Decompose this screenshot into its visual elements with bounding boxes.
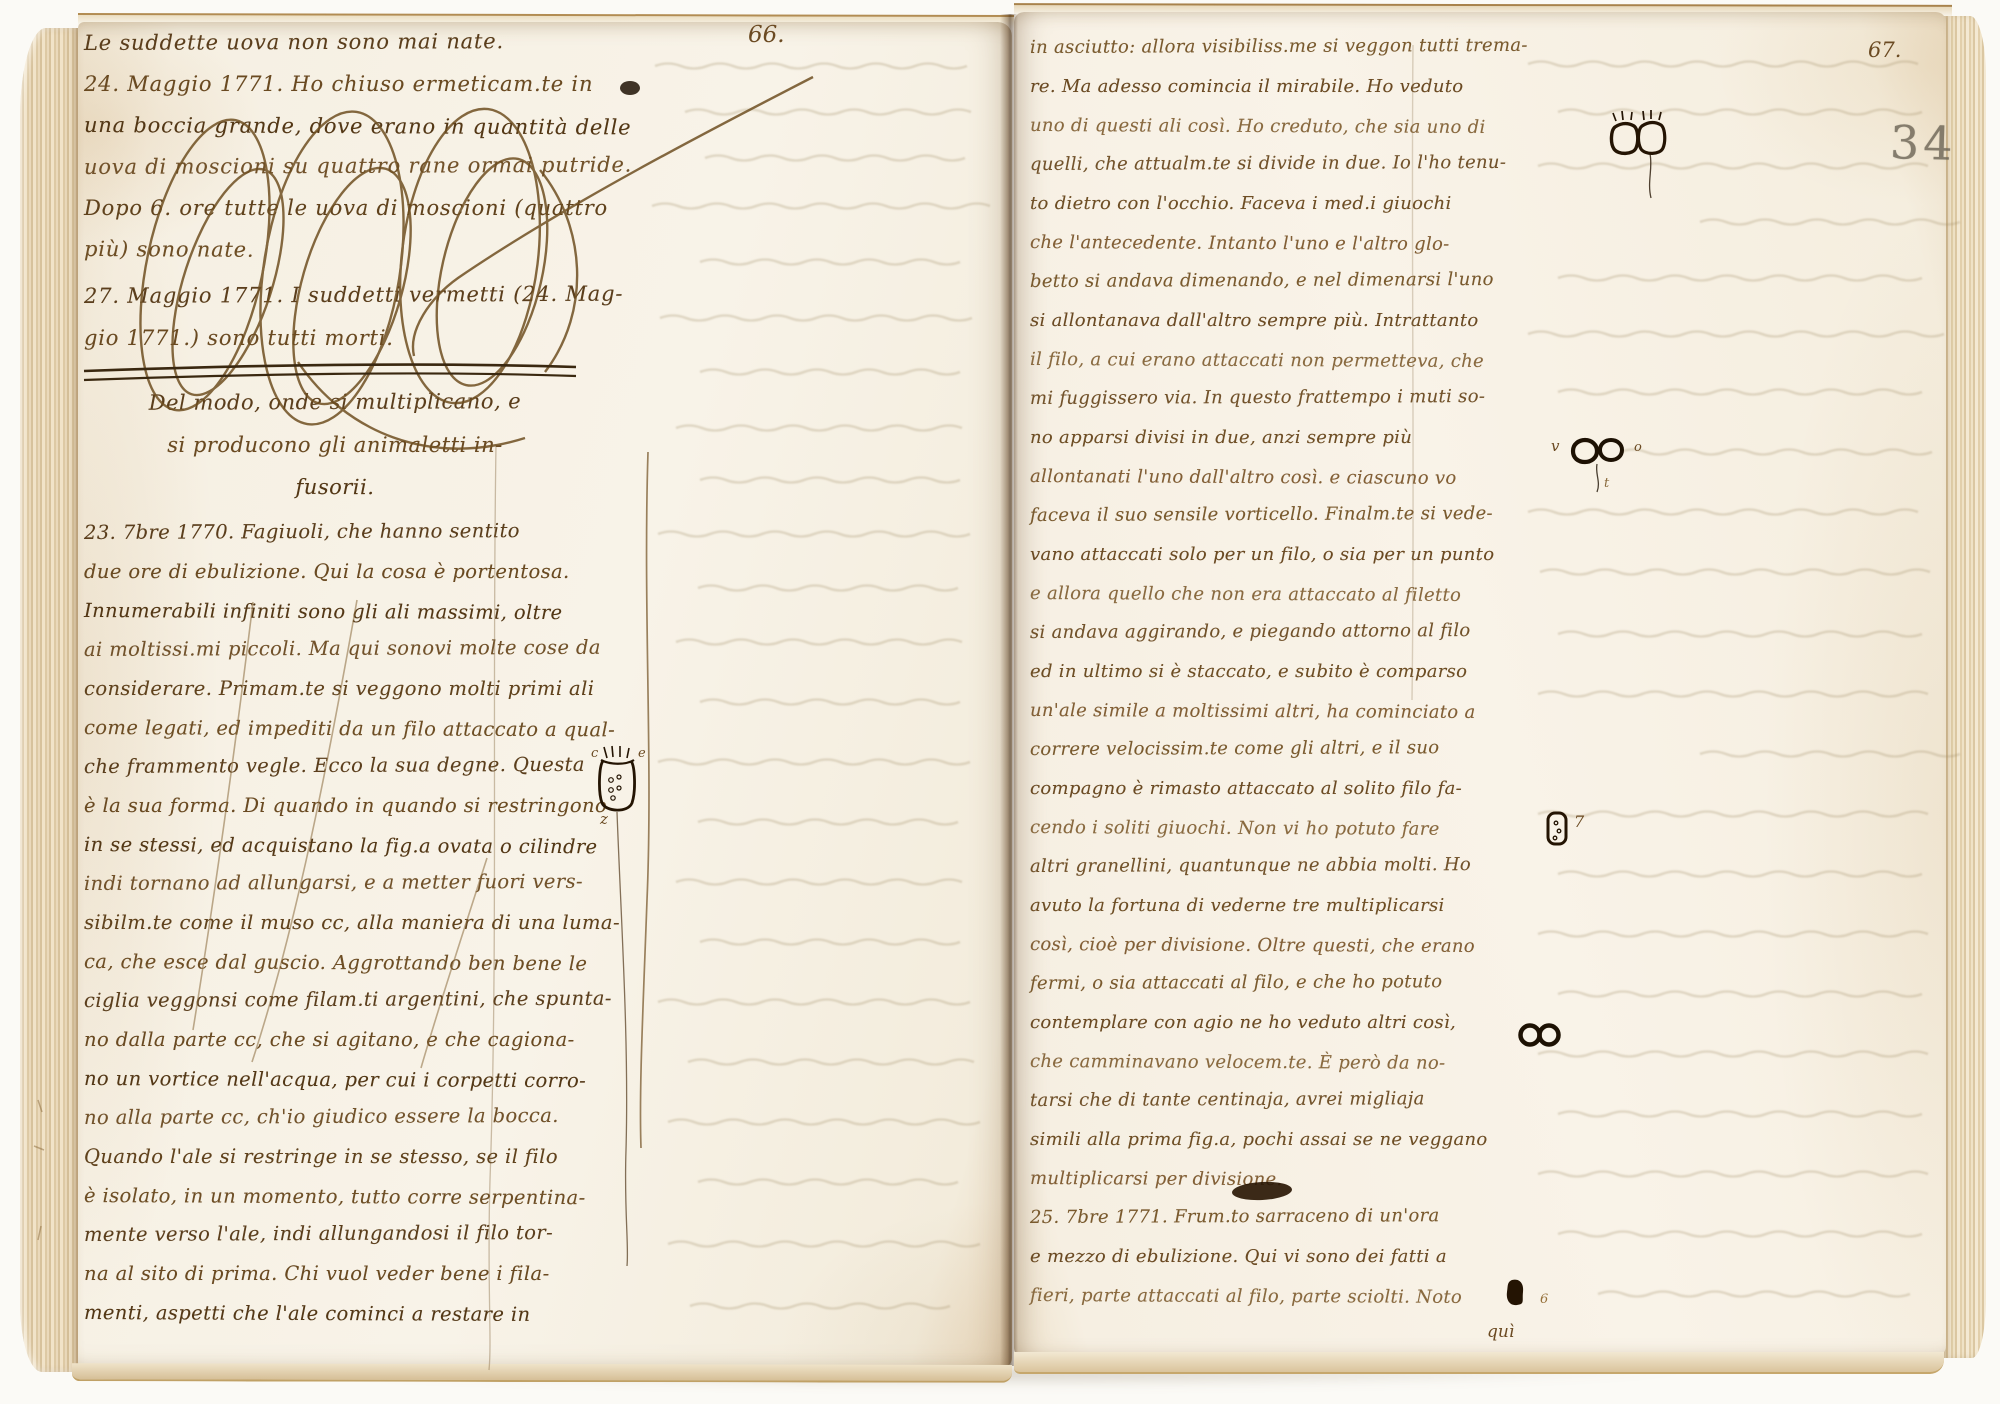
manuscript-line: mente verso l'ale, indi allungandosi il … [84, 1221, 553, 1246]
manuscript-line: compagno è rimasto attaccato al solito f… [1030, 778, 1462, 799]
manuscript-line: si producono gli animaletti in- [100, 433, 570, 457]
manuscript-line: in se stessi, ed acquistano la fig.a ova… [84, 833, 598, 858]
manuscript-line: faceva il suo sensile vorticello. Finalm… [1030, 503, 1493, 526]
manuscript-line: multiplicarsi per divisione. [1030, 1168, 1283, 1190]
manuscript-line: Innumerabili infiniti sono gli ali massi… [84, 599, 563, 624]
manuscript-line: mi fuggissero via. In questo frattempo i… [1030, 386, 1485, 409]
manuscript-line: ciglia veggonsi come filam.ti argentini,… [84, 987, 612, 1012]
manuscript-line: sibilm.te come il muso cc, alla maniera … [84, 911, 620, 934]
jar-label-left: c [591, 746, 598, 761]
page-number-left: 66. [748, 22, 785, 48]
manuscript-line: uova di moscioni su quattro rane ormai p… [84, 153, 632, 179]
manuscript-line: no alla parte cc, ch'io giudico essere l… [84, 1104, 559, 1129]
division-label-left: v [1551, 437, 1559, 455]
manuscript-line: no un vortice nell'acqua, per cui i corp… [84, 1067, 586, 1092]
manuscript-line: una boccia grande, dove erano in quantit… [84, 113, 632, 139]
manuscript-line: to dietro con l'occhio. Faceva i med.i g… [1030, 193, 1452, 214]
manuscript-line: Le suddette uova non sono mai nate. [84, 29, 504, 55]
manuscript-line: uno di questi ali così. Ho creduto, che … [1030, 115, 1486, 138]
catchword: quì [1487, 1322, 1514, 1342]
manuscript-line: che camminavano velocem.te. È però da no… [1030, 1051, 1445, 1074]
manuscript-line: Del modo, onde si multiplicano, e [100, 389, 570, 415]
manuscript-line: 24. Maggio 1771. Ho chiuso ermeticam.te … [84, 72, 593, 96]
manuscript-line: che l'antecedente. Intanto l'uno e l'alt… [1030, 232, 1450, 255]
manuscript-line: na al sito di prima. Chi vuol veder bene… [84, 1262, 550, 1285]
manuscript-line: ai moltissi.mi piccoli. Ma qui sonovi mo… [84, 636, 601, 661]
manuscript-line: avuto la fortuna di vederne tre multipli… [1030, 895, 1445, 916]
manuscript-line: come legati, ed impediti da un filo atta… [84, 716, 615, 741]
manuscript-line: betto si andava dimenando, e nel dimenar… [1030, 269, 1494, 292]
division-label-tail: t [1604, 476, 1609, 491]
manuscript-line: indi tornano ad allungarsi, e a metter f… [84, 870, 583, 895]
manuscript-line: quelli, che attualm.te si divide in due.… [1030, 152, 1506, 175]
manuscript-line: menti, aspetti che l'ale cominci a resta… [84, 1301, 531, 1326]
manuscript-line: si andava aggirando, e piegando attorno … [1030, 620, 1471, 643]
manuscript-line: è la sua forma. Di quando in quando si r… [84, 794, 607, 817]
manuscript-line: un'ale simile a moltissimi altri, ha com… [1030, 700, 1476, 723]
manuscript-line: no dalla parte cc, che si agitano, e che… [84, 1028, 575, 1051]
manuscript-line: Quando l'ale si restringe in se stesso, … [84, 1145, 558, 1168]
manuscript-line: allontanati l'uno dall'altro così. e cia… [1030, 466, 1457, 489]
manuscript-photo: Le suddette uova non sono mai nate.24. M… [0, 0, 2000, 1404]
manuscript-line: Dopo 6. ore tutte le uova di moscioni (q… [84, 196, 608, 220]
manuscript-line: ca, che esce dal guscio. Aggrottando ben… [84, 950, 587, 975]
manuscript-line: in asciutto: allora visibiliss.me si veg… [1030, 35, 1528, 58]
manuscript-line: contemplare con agio ne ho veduto altri … [1030, 1012, 1456, 1033]
manuscript-line: tarsi che di tante centinaja, avrei migl… [1030, 1088, 1425, 1111]
manuscript-line: altri granellini, quantunque ne abbia mo… [1030, 854, 1471, 877]
manuscript-line: e allora quello che non era attaccato al… [1030, 583, 1461, 606]
division-label-right: o [1634, 440, 1642, 455]
manuscript-line: 25. 7bre 1771. Frum.to sarraceno di un'o… [1030, 1205, 1440, 1228]
manuscript-line: cendo i soliti giuochi. Non vi ho potuto… [1030, 817, 1440, 840]
manuscript-line: no apparsi divisi in due, anzi sempre pi… [1030, 427, 1412, 448]
manuscript-line: correre velocissim.te come gli altri, e … [1030, 737, 1439, 760]
manuscript-line: 23. 7bre 1770. Fagiuoli, che hanno senti… [84, 519, 520, 544]
blot-label: 6 [1540, 1292, 1548, 1307]
manuscript-line: si allontanava dall'altro sempre più. In… [1030, 310, 1479, 331]
jar-label-below: z [600, 810, 608, 828]
manuscript-line: vano attaccati solo per un filo, o sia p… [1030, 544, 1494, 565]
archive-stamp: 34 [1889, 115, 1957, 171]
manuscript-line: fusorii. [100, 474, 570, 500]
manuscript-line: considerare. Primam.te si veggono molti … [84, 677, 594, 700]
manuscript-line: 27. Maggio 1771. I suddetti vermetti (24… [84, 282, 623, 308]
manuscript-line: gio 1771.) sono tutti morti. [84, 326, 394, 350]
manuscript-line: il filo, a cui erano attaccati non perme… [1030, 349, 1484, 372]
manuscript-line: che frammento vegle. Ecco la sua degne. … [84, 753, 585, 778]
jar-label-right: e [638, 746, 646, 761]
manuscript-line: ed in ultimo si è staccato, e subito è c… [1030, 661, 1467, 682]
manuscript-line: re. Ma adesso comincia il mirabile. Ho v… [1030, 76, 1463, 97]
manuscript-line: più) sono nate. [84, 237, 255, 262]
manuscript-line: così, cioè per divisione. Oltre questi, … [1030, 934, 1475, 957]
manuscript-line: fermi, o sia attaccati al filo, e che ho… [1030, 971, 1442, 994]
manuscript-line: fieri, parte attaccati al filo, parte sc… [1030, 1285, 1462, 1308]
manuscript-line: simili alla prima fig.a, pochi assai se … [1030, 1129, 1488, 1150]
manuscript-line: è isolato, in un momento, tutto corre se… [84, 1184, 586, 1209]
capsule-label: 7 [1574, 812, 1584, 831]
page-number-right: 67. [1868, 38, 1901, 62]
handwriting-layer: Le suddette uova non sono mai nate.24. M… [0, 0, 2000, 1404]
manuscript-line: e mezzo di ebulizione. Qui vi sono dei f… [1030, 1246, 1447, 1267]
manuscript-line: due ore di ebulizione. Qui la cosa è por… [84, 560, 570, 583]
